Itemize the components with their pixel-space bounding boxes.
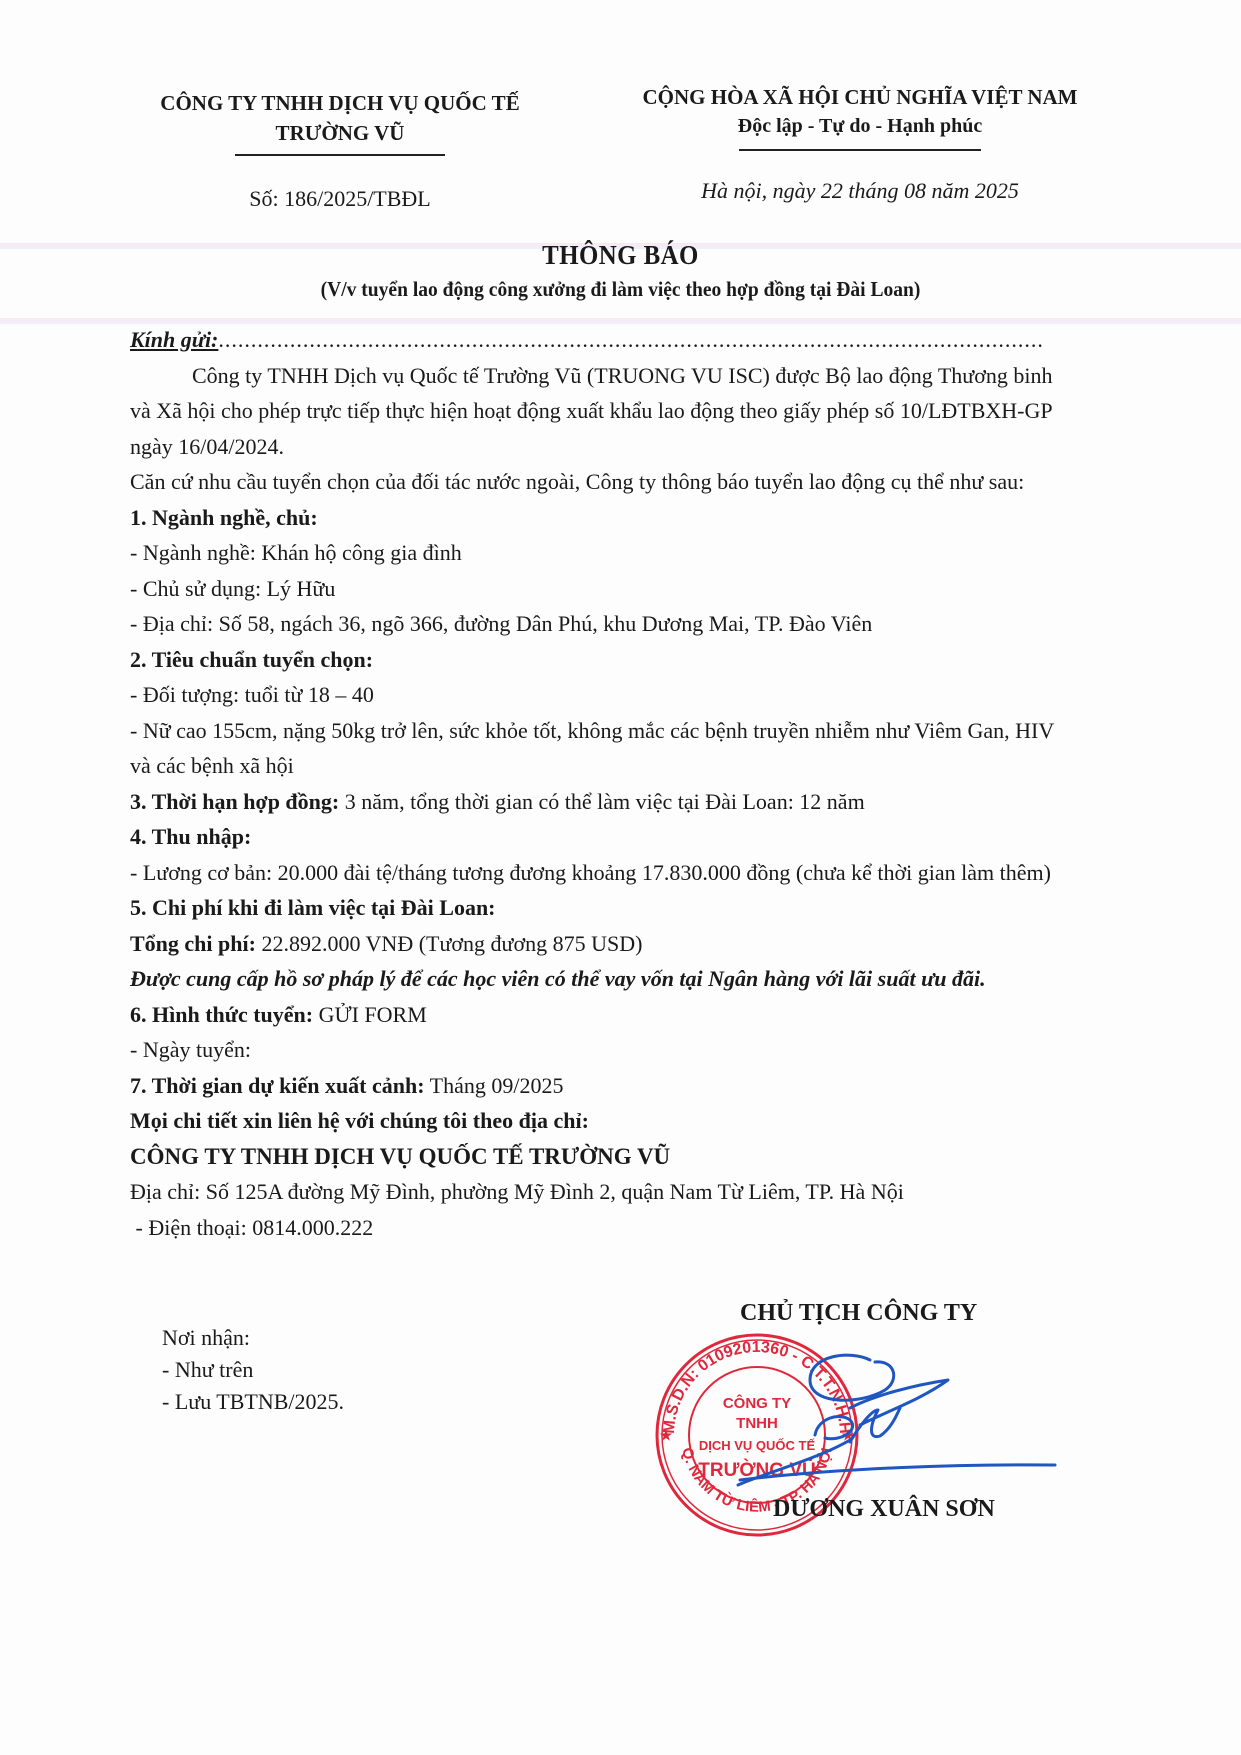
departure-time-value: Tháng 09/2025 <box>425 1073 564 1098</box>
recipients-label: Nơi nhận: <box>162 1322 344 1354</box>
section-heading: 5. Chi phí khi đi làm việc tại Đài Loan: <box>130 890 1180 926</box>
document-page: CÔNG TY TNHH DỊCH VỤ QUỐC TẾ TRƯỜNG VŨ C… <box>0 0 1241 1755</box>
recipients-block: Nơi nhận: - Như trên - Lưu TBTNB/2025. <box>162 1322 344 1418</box>
intro-line: và Xã hội cho phép trực tiếp thực hiện h… <box>130 393 1180 429</box>
national-motto: Độc lập - Tự do - Hạnh phúc <box>610 112 1110 140</box>
departure-time-label: 7. Thời gian dự kiến xuất cảnh: <box>130 1073 425 1098</box>
contract-term-label: 3. Thời hạn hợp đồng: <box>130 789 339 814</box>
addressee-dots: ........................................… <box>218 327 1044 352</box>
section-heading: 4. Thu nhập: <box>130 819 1180 855</box>
addressee-line: Kính gửi:...............................… <box>130 322 1180 358</box>
list-item: - Ngành nghề: Khán hộ công gia đình <box>130 535 1180 571</box>
document-title: THÔNG BÁO <box>50 240 1192 271</box>
list-item: - Ngày tuyển: <box>130 1032 1180 1068</box>
list-item: - Nữ cao 155cm, nặng 50kg trở lên, sức k… <box>130 713 1180 749</box>
svg-text:★: ★ <box>660 1427 673 1443</box>
contract-term-value: 3 năm, tổng thời gian có thể làm việc tạ… <box>339 789 864 814</box>
intro-line: Căn cứ nhu cầu tuyển chọn của đối tác nư… <box>130 464 1180 500</box>
addressee-label: Kính gửi: <box>130 327 218 352</box>
document-number: Số: 186/2025/TBĐL <box>110 186 570 212</box>
contact-lead: Mọi chi tiết xin liên hệ với chúng tôi t… <box>130 1103 1180 1139</box>
list-item: - Địa chỉ: Số 58, ngách 36, ngõ 366, đườ… <box>130 606 1180 642</box>
intro-line: ngày 16/04/2024. <box>130 429 1180 465</box>
document-subtitle: (V/v tuyển lao động công xưởng đi làm vi… <box>43 277 1197 302</box>
total-cost-label: Tổng chi phí: <box>130 931 256 956</box>
national-header: CỘNG HÒA XÃ HỘI CHỦ NGHĨA VIỆT NAM Độc l… <box>610 82 1110 151</box>
document-body: Kính gửi:...............................… <box>130 322 1180 1245</box>
section-heading: 2. Tiêu chuẩn tuyển chọn: <box>130 642 1180 678</box>
signature-icon <box>700 1340 1060 1490</box>
contact-company: CÔNG TY TNHH DỊCH VỤ QUỐC TẾ TRƯỜNG VŨ <box>130 1139 1180 1175</box>
company-name-line2: TRƯỜNG VŨ <box>110 118 570 148</box>
list-item: - Đối tượng: tuổi từ 18 – 40 <box>130 677 1180 713</box>
signatory-name: DƯƠNG XUÂN SƠN <box>773 1496 995 1523</box>
list-item: - Lương cơ bản: 20.000 đài tệ/tháng tươn… <box>130 855 1180 891</box>
company-name-line1: CÔNG TY TNHH DỊCH VỤ QUỐC TẾ <box>110 88 570 118</box>
contact-phone: - Điện thoại: 0814.000.222 <box>130 1210 1180 1246</box>
list-item: - Chủ sử dụng: Lý Hữu <box>130 571 1180 607</box>
intro-line: Công ty TNHH Dịch vụ Quốc tế Trường Vũ (… <box>130 358 1180 394</box>
recruit-method-label: 6. Hình thức tuyển: <box>130 1002 313 1027</box>
signatory-title: CHỦ TỊCH CÔNG TY <box>740 1300 977 1327</box>
motto-underline <box>739 149 981 151</box>
nation-title: CỘNG HÒA XÃ HỘI CHỦ NGHĨA VIỆT NAM <box>610 82 1110 112</box>
departure-time: 7. Thời gian dự kiến xuất cảnh: Tháng 09… <box>130 1068 1180 1104</box>
total-cost: Tổng chi phí: 22.892.000 VNĐ (Tương đươn… <box>130 926 1180 962</box>
header-underline <box>235 154 445 156</box>
contact-address: Địa chỉ: Số 125A đường Mỹ Đình, phường M… <box>130 1174 1180 1210</box>
recruit-method: 6. Hình thức tuyển: GỬI FORM <box>130 997 1180 1033</box>
section-heading: 1. Ngành nghề, chủ: <box>130 500 1180 536</box>
company-header: CÔNG TY TNHH DỊCH VỤ QUỐC TẾ TRƯỜNG VŨ <box>110 88 570 156</box>
recipient-item: - Như trên <box>162 1354 344 1386</box>
recruit-method-value: GỬI FORM <box>313 1002 427 1027</box>
loan-note: Được cung cấp hồ sơ pháp lý để các học v… <box>130 961 1180 997</box>
list-item: và các bệnh xã hội <box>130 748 1180 784</box>
place-date: Hà nội, ngày 22 tháng 08 năm 2025 <box>610 178 1110 204</box>
contract-term: 3. Thời hạn hợp đồng: 3 năm, tổng thời g… <box>130 784 1180 820</box>
recipient-item: - Lưu TBTNB/2025. <box>162 1386 344 1418</box>
total-cost-value: 22.892.000 VNĐ (Tương đương 875 USD) <box>256 931 642 956</box>
